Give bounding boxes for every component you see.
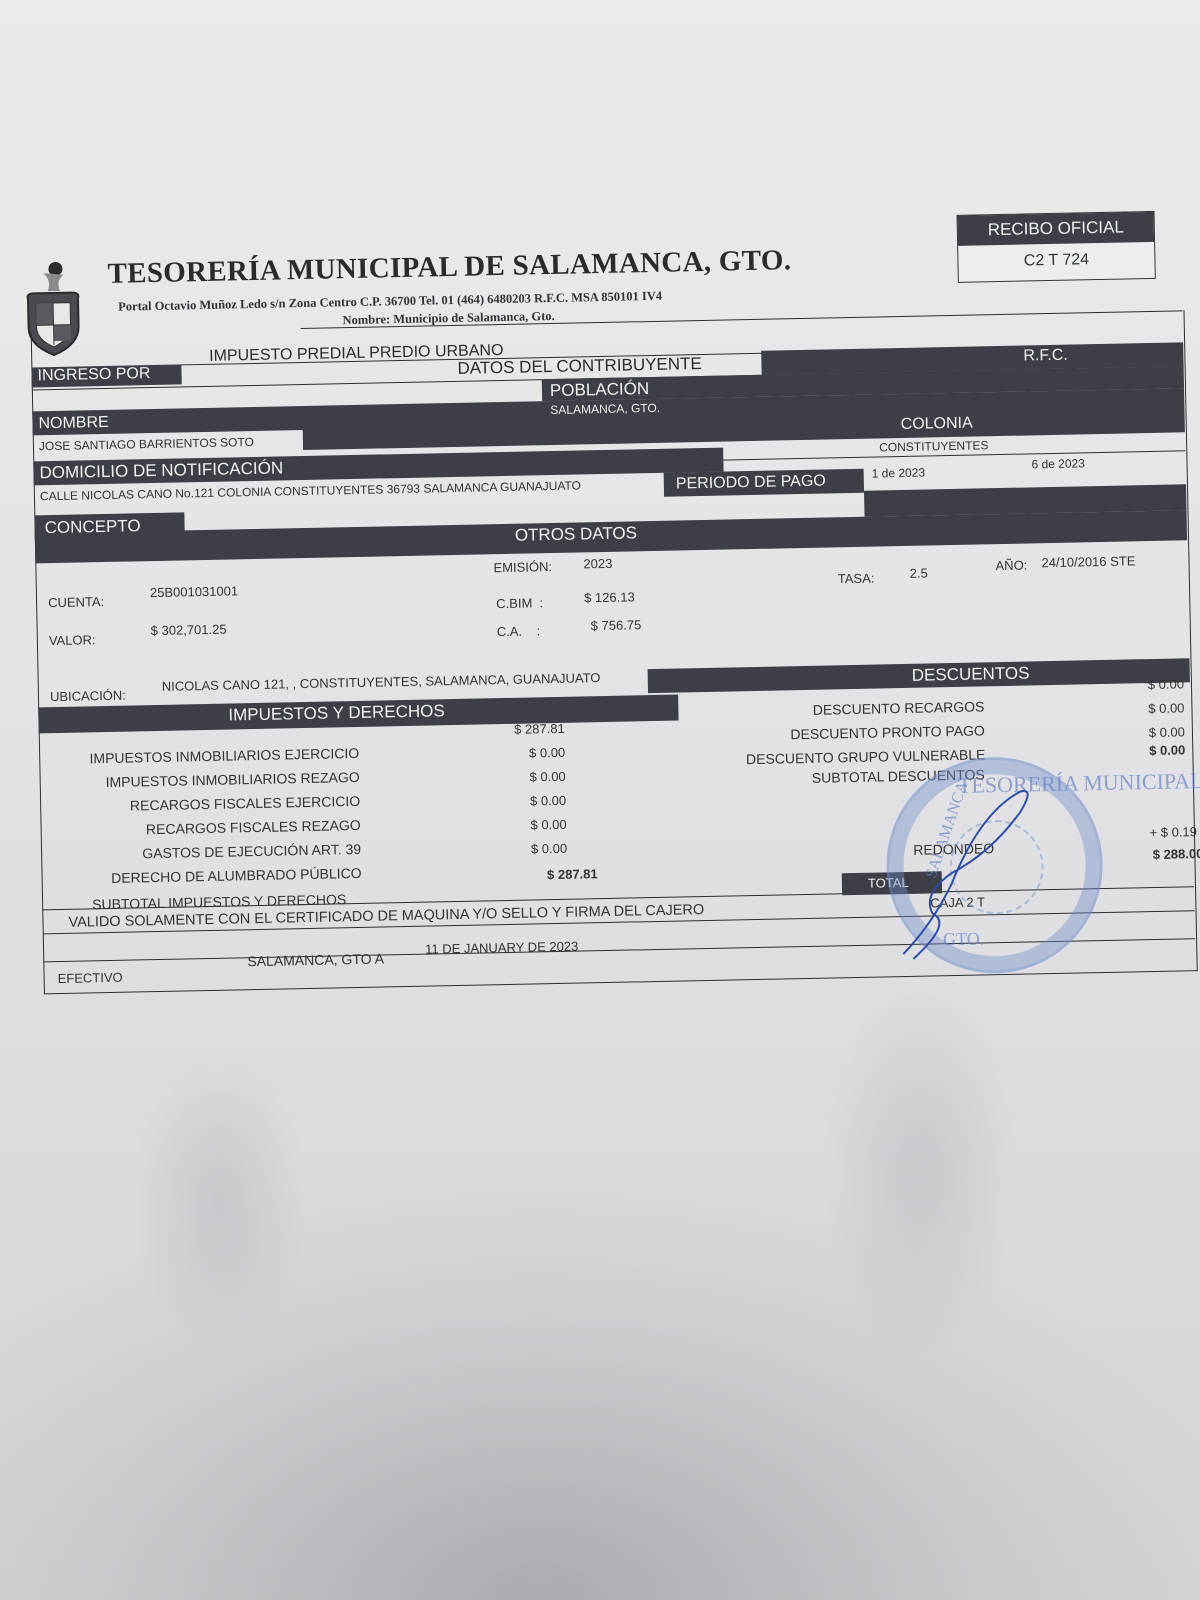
- ano-value: 24/10/2016 STE: [1041, 553, 1135, 570]
- impuesto-item-amount: $ 0.00: [531, 841, 567, 857]
- periodo-hasta: 6 de 2023: [1031, 456, 1085, 471]
- domicilio-label: DOMICILIO DE NOTIFICACIÓN: [39, 458, 283, 483]
- colonia-value: CONSTITUYENTES: [879, 438, 989, 454]
- redondeo-amount: + $ 0.19: [1117, 824, 1197, 841]
- emision-label: EMISIÓN:: [493, 559, 552, 575]
- ano-label: AÑO:: [995, 557, 1027, 573]
- ca-label: C.A. :: [497, 623, 541, 639]
- descuento-item-amount: $ 0.00: [1148, 676, 1184, 692]
- impuesto-item-amount: $ 0.00: [530, 793, 566, 809]
- impuesto-item-amount: $ 0.00: [529, 745, 565, 761]
- cbim-value: $ 126.13: [584, 589, 635, 605]
- tasa-value: 2.5: [910, 565, 928, 580]
- otros-datos-title: OTROS DATOS: [515, 523, 638, 545]
- valor-value: $ 302,701.25: [151, 622, 227, 639]
- ingreso-label-bar: INGRESO POR: [31, 364, 181, 387]
- periodo-desde: 1 de 2023: [872, 466, 926, 481]
- total-amount: $ 288.00: [1117, 846, 1200, 863]
- tasa-label: TASA:: [838, 571, 875, 587]
- rfc-label: R.F.C.: [1023, 347, 1068, 366]
- impuesto-item-amount: $ 0.00: [529, 769, 565, 785]
- impuestos-list: IMPUESTOS INMOBILIARIOS EJERCICIO$ 287.8…: [0, 0, 1194, 22]
- payment-method: EFECTIVO: [58, 970, 123, 986]
- poblacion-label-inline: POBLACIÓN: [550, 379, 650, 401]
- poblacion-value: SALAMANCA, GTO.: [550, 401, 660, 417]
- emision-value: 2023: [583, 556, 612, 572]
- descuentos-subtotal-amount: $ 0.00: [1115, 742, 1185, 758]
- bottom-shadow: [0, 1180, 1200, 1600]
- cbim-label: C.BIM :: [496, 595, 543, 611]
- cuenta-label: CUENTA:: [48, 594, 104, 610]
- descuento-item-amount: $ 0.00: [1148, 700, 1184, 716]
- descuentos-title: DESCUENTOS: [912, 663, 1030, 685]
- institution-address: Portal Octavio Muñoz Ledo s/n Zona Centr…: [118, 289, 662, 315]
- valor-label: VALOR:: [49, 632, 96, 648]
- receipt-number: C2 T 724: [958, 242, 1155, 280]
- ubicacion-label: UBICACIÓN:: [50, 688, 126, 705]
- date: 11 DE JANUARY DE 2023: [425, 939, 578, 957]
- cashier-signature: [890, 771, 1044, 964]
- colonia-label: COLONIA: [901, 415, 973, 434]
- descuentos-list: DESCUENTO RECARGOS$ 0.00DESCUENTO PRONTO…: [0, 0, 1194, 22]
- descuento-item-amount: $ 0.00: [1149, 724, 1185, 740]
- place: SALAMANCA, GTO A: [247, 950, 384, 969]
- receipt-number-box: RECIBO OFICIAL C2 T 724: [957, 211, 1156, 283]
- periodo-label: PERIODO DE PAGO: [676, 473, 826, 494]
- nombre-label: NOMBRE: [38, 414, 109, 433]
- ca-value: $ 756.75: [591, 617, 642, 633]
- institution-title: TESORERÍA MUNICIPAL DE SALAMANCA, GTO.: [107, 244, 791, 291]
- impuesto-item-amount: $ 0.00: [530, 817, 566, 833]
- periodo-bar: PERIODO DE PAGO: [664, 469, 864, 497]
- impuestos-title: IMPUESTOS Y DERECHOS: [228, 701, 445, 725]
- impuestos-subtotal-amount: $ 287.81: [508, 866, 598, 883]
- receipt-label: RECIBO OFICIAL: [958, 212, 1155, 246]
- impuesto-item-amount: $ 287.81: [514, 721, 565, 737]
- receipt-document: TESORERÍA MUNICIPAL DE SALAMANCA, GTO. P…: [0, 0, 1200, 1002]
- cuenta-value: 25B001031001: [150, 583, 238, 600]
- ingreso-label: INGRESO POR: [37, 365, 150, 385]
